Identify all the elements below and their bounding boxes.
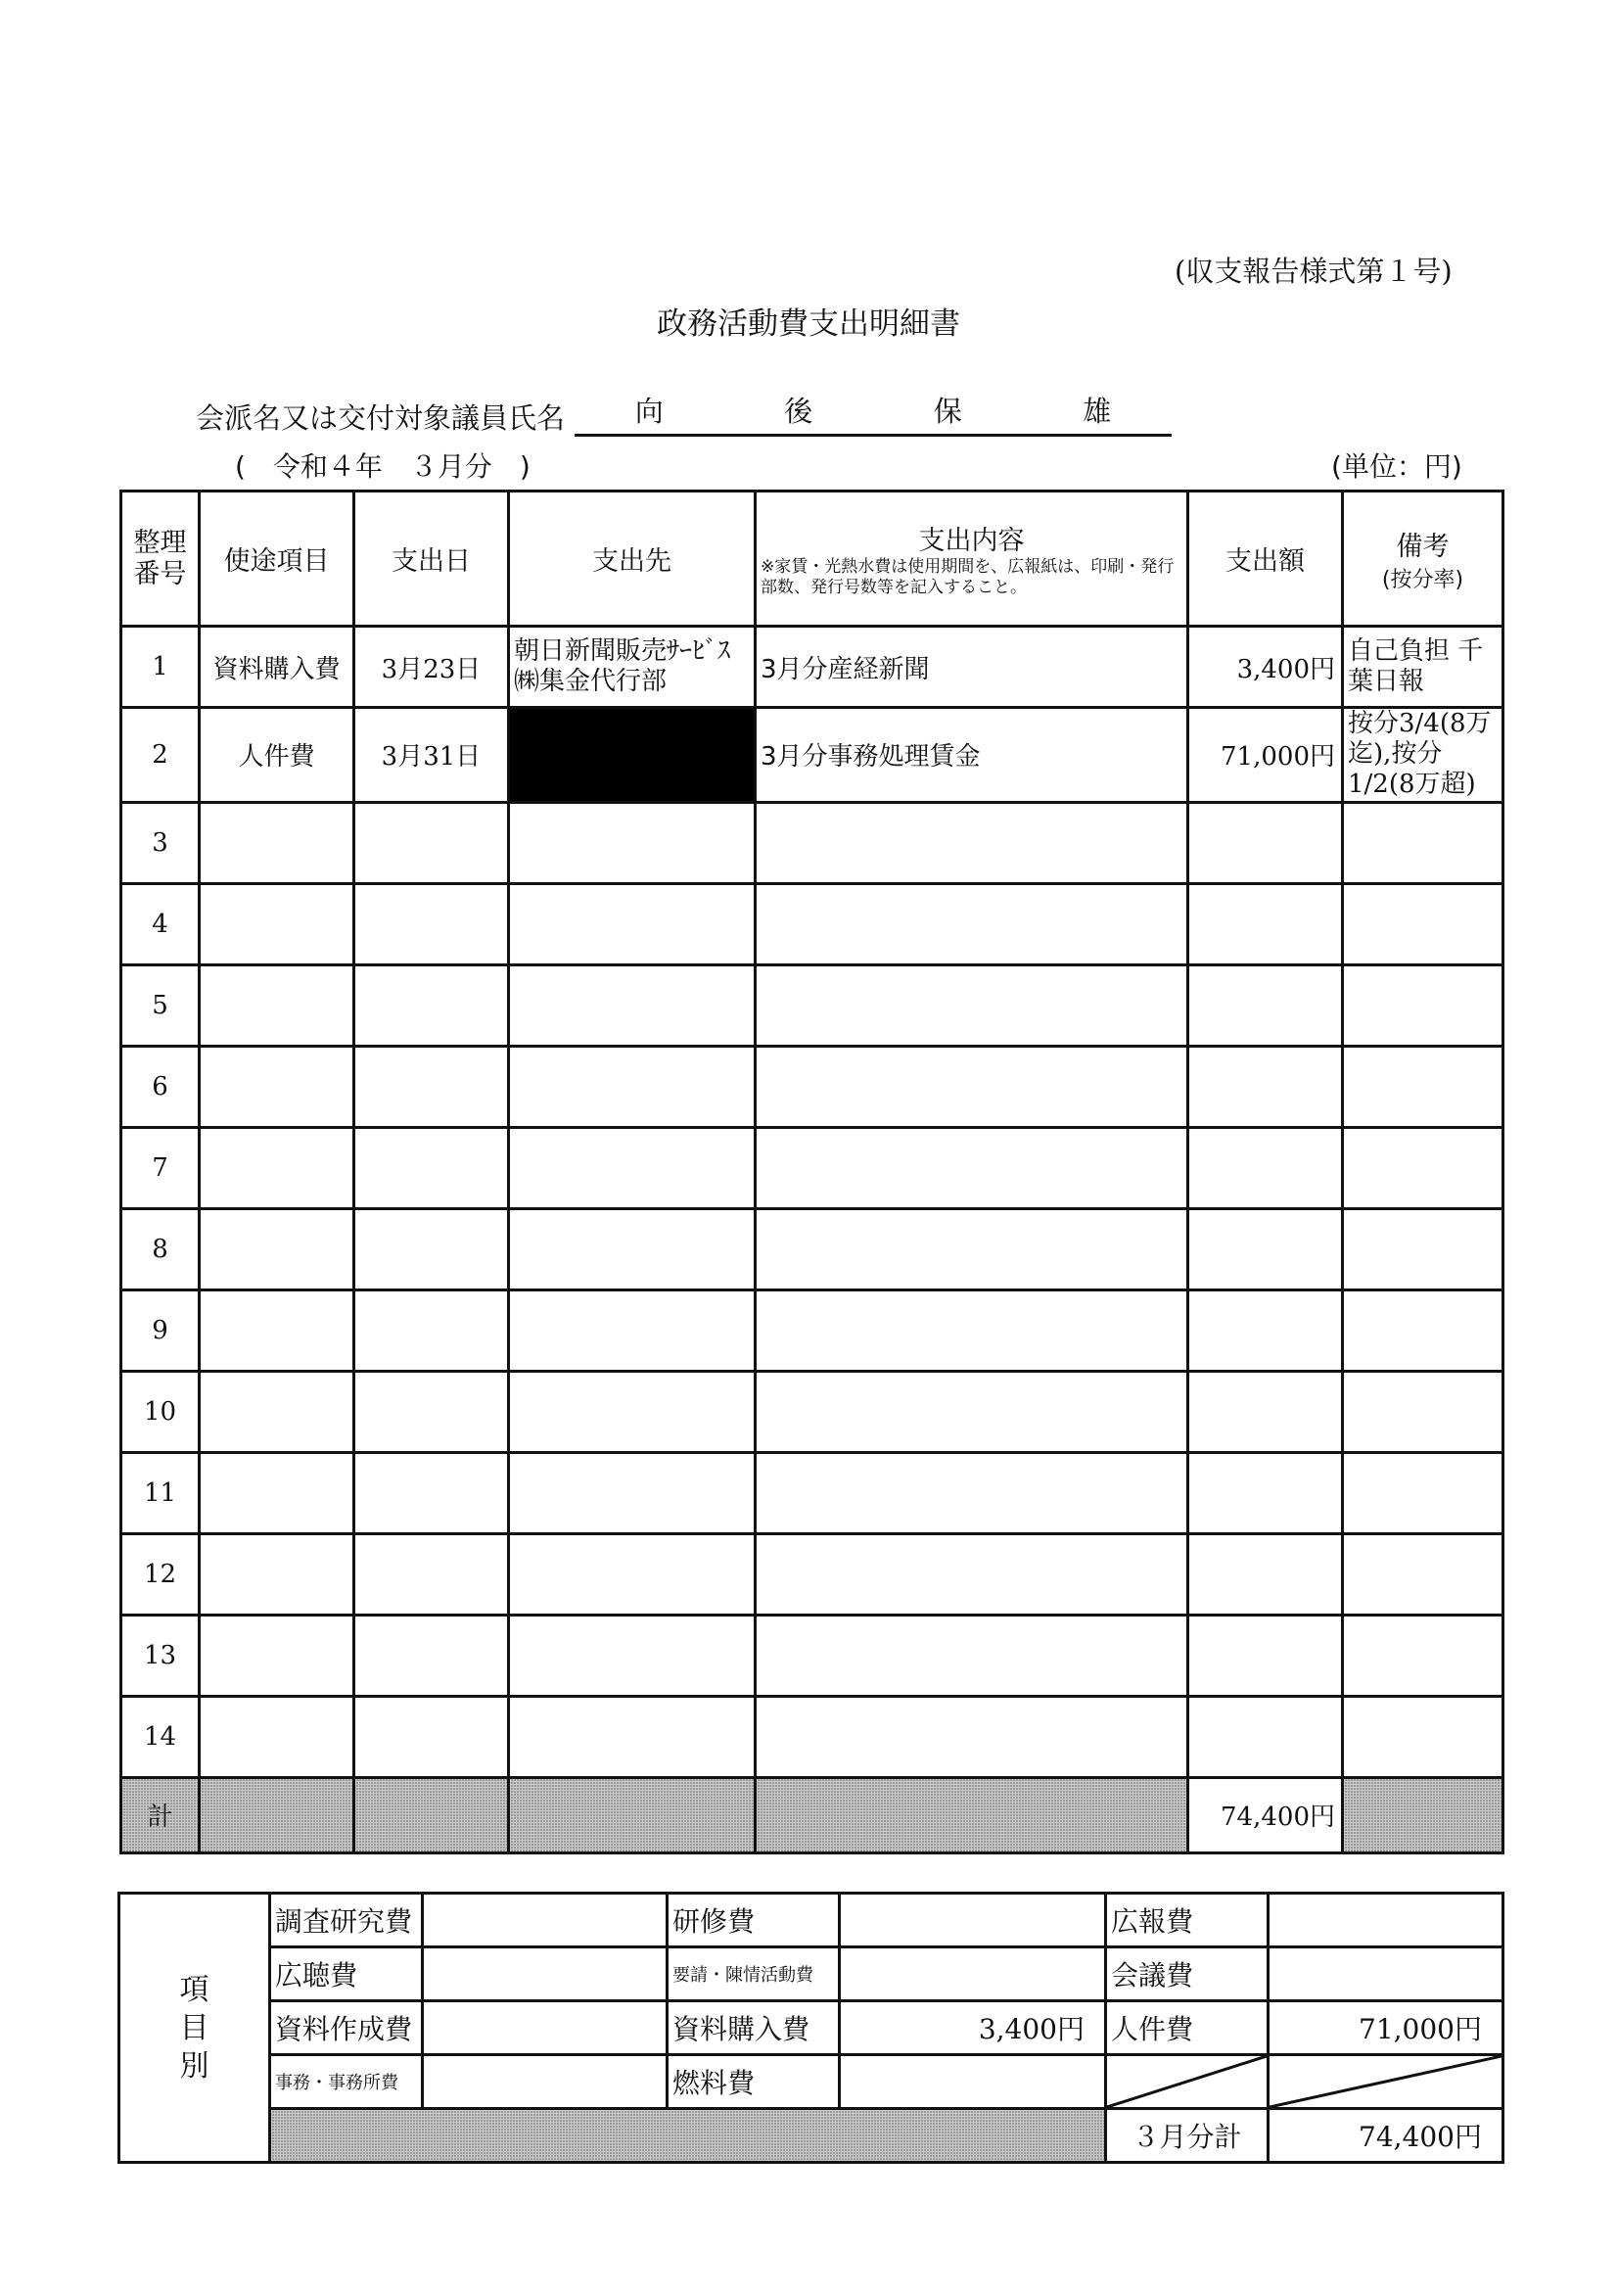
- table-row: 6: [121, 1046, 1503, 1127]
- row-number: 6: [121, 1046, 200, 1127]
- content-header-title: 支出内容: [757, 519, 1186, 557]
- summary-row: 広聴費要請・陳情活動費会議費: [119, 1947, 1503, 2001]
- expense-detail-table: 整理 番号 使途項目 支出日 支出先 支出内容 ※家賃・光熱水費は使用期間を、広…: [119, 490, 1504, 1854]
- row-category: 人件費: [200, 708, 354, 803]
- row-number: 14: [121, 1696, 200, 1777]
- remark-header-title: 備考: [1344, 525, 1501, 563]
- col-header-content: 支出内容 ※家賃・光熱水費は使用期間を、広報紙は、印刷・発行部数、発行号数等を記…: [756, 492, 1188, 627]
- row-content: [756, 802, 1188, 883]
- row-amount: [1188, 1208, 1343, 1289]
- table-row: 4: [121, 883, 1503, 964]
- row-date: 3月23日: [354, 627, 509, 708]
- row-remark: [1343, 1696, 1503, 1777]
- row-content: [756, 1615, 1188, 1696]
- shaded-cell: [509, 1777, 756, 1852]
- row-payee: [509, 1371, 756, 1452]
- row-date: [354, 1289, 509, 1371]
- summary-category-value: 3,400円: [840, 2001, 1106, 2055]
- shaded-cell: [354, 1777, 509, 1852]
- row-payee: [509, 1452, 756, 1533]
- summary-category-label: 調査研究費: [270, 1894, 423, 1947]
- row-payee: [509, 1696, 756, 1777]
- row-number: 9: [121, 1289, 200, 1371]
- summary-category-label: 要請・陳情活動費: [668, 1947, 840, 2001]
- name-char: 後: [784, 390, 812, 430]
- total-row: 計74,400円: [121, 1777, 1503, 1852]
- summary-row: 項目別調査研究費研修費広報費: [119, 1894, 1503, 1947]
- summary-category-value: [840, 2055, 1106, 2109]
- name-char: 保: [934, 390, 962, 430]
- row-date: [354, 802, 509, 883]
- payee-redacted-block: [509, 708, 756, 803]
- side-label-char: 目: [124, 2009, 264, 2047]
- row-payee: [509, 964, 756, 1046]
- table-row: 7: [121, 1127, 1503, 1208]
- name-char: 向: [635, 390, 664, 430]
- shaded-cell: [200, 1777, 354, 1852]
- summary-category-value: [1269, 1894, 1503, 1947]
- shaded-cell: [270, 2109, 1106, 2163]
- row-category: 資料購入費: [200, 627, 354, 708]
- row-content: [756, 1452, 1188, 1533]
- document-title: 政務活動費支出明細書: [0, 299, 1617, 343]
- row-number: 5: [121, 964, 200, 1046]
- row-remark: [1343, 802, 1503, 883]
- row-payee: [509, 1289, 756, 1371]
- row-content: [756, 1208, 1188, 1289]
- row-category: [200, 802, 354, 883]
- table-row: 12: [121, 1533, 1503, 1615]
- row-payee: [509, 1615, 756, 1696]
- summary-category-label: 燃料費: [668, 2055, 840, 2109]
- row-content: [756, 1127, 1188, 1208]
- summary-category-value: 71,000円: [1269, 2001, 1503, 2055]
- form-number: (収支報告様式第１号): [1175, 250, 1453, 290]
- month-total-value: 74,400円: [1269, 2109, 1503, 2163]
- row-date: [354, 1533, 509, 1615]
- summary-category-value: [423, 2001, 668, 2055]
- row-amount: [1188, 1046, 1343, 1127]
- row-remark: [1343, 964, 1503, 1046]
- row-amount: [1188, 1371, 1343, 1452]
- row-date: [354, 1696, 509, 1777]
- row-number: 13: [121, 1615, 200, 1696]
- row-content: 3月分事務処理賃金: [756, 708, 1188, 803]
- row-category: [200, 1289, 354, 1371]
- side-label-char: 別: [124, 2047, 264, 2085]
- row-date: [354, 1046, 509, 1127]
- total-label: 計: [121, 1777, 200, 1852]
- row-payee: 朝日新聞販売ｻｰﾋﾞｽ㈱集金代行部: [509, 627, 756, 708]
- table-row: 9: [121, 1289, 1503, 1371]
- row-content: [756, 1371, 1188, 1452]
- row-number: 4: [121, 883, 200, 964]
- table-row: 5: [121, 964, 1503, 1046]
- row-number: 7: [121, 1127, 200, 1208]
- row-number: 12: [121, 1533, 200, 1615]
- summary-category-label: 事務・事務所費: [270, 2055, 423, 2109]
- row-payee: [509, 802, 756, 883]
- row-remark: 按分3/4(8万迄),按分1/2(8万超): [1343, 708, 1503, 803]
- col-header-amount: 支出額: [1188, 492, 1343, 627]
- summary-total-row: ３月分計74,400円: [119, 2109, 1503, 2163]
- row-content: [756, 1533, 1188, 1615]
- row-content: 3月分産経新聞: [756, 627, 1188, 708]
- summary-category-label: 広報費: [1106, 1894, 1269, 1947]
- row-payee: [509, 883, 756, 964]
- row-number: 10: [121, 1371, 200, 1452]
- row-remark: 自己負担 千葉日報: [1343, 627, 1503, 708]
- row-remark: [1343, 1615, 1503, 1696]
- row-content: [756, 883, 1188, 964]
- row-content: [756, 964, 1188, 1046]
- table-header-row: 整理 番号 使途項目 支出日 支出先 支出内容 ※家賃・光熱水費は使用期間を、広…: [121, 492, 1503, 627]
- month-total-label: ３月分計: [1106, 2109, 1269, 2163]
- summary-category-value: [1269, 1947, 1503, 2001]
- summary-row: 事務・事務所費燃料費: [119, 2055, 1503, 2109]
- row-amount: [1188, 1615, 1343, 1696]
- row-number: 3: [121, 802, 200, 883]
- summary-category-value: [423, 1947, 668, 2001]
- row-amount: [1188, 1696, 1343, 1777]
- row-remark: [1343, 1289, 1503, 1371]
- col-header-category: 使途項目: [200, 492, 354, 627]
- row-remark: [1343, 1046, 1503, 1127]
- row-category: [200, 883, 354, 964]
- row-date: [354, 1127, 509, 1208]
- row-date: [354, 883, 509, 964]
- row-category: [200, 964, 354, 1046]
- row-category: [200, 1533, 354, 1615]
- row-payee: [509, 1533, 756, 1615]
- row-category: [200, 1127, 354, 1208]
- row-date: [354, 1371, 509, 1452]
- name-char: 雄: [1083, 390, 1111, 430]
- row-amount: [1188, 964, 1343, 1046]
- col-header-payee: 支出先: [509, 492, 756, 627]
- shaded-cell: [1343, 1777, 1503, 1852]
- table-row: 10: [121, 1371, 1503, 1452]
- row-date: [354, 1615, 509, 1696]
- row-content: [756, 1696, 1188, 1777]
- row-number: 8: [121, 1208, 200, 1289]
- row-amount: [1188, 1452, 1343, 1533]
- row-amount: 3,400円: [1188, 627, 1343, 708]
- row-category: [200, 1046, 354, 1127]
- col-header-no: 整理 番号: [121, 492, 200, 627]
- remark-header-sub: (按分率): [1344, 563, 1501, 593]
- table-row: 11: [121, 1452, 1503, 1533]
- col-header-date: 支出日: [354, 492, 509, 627]
- summary-category-value: [423, 1894, 668, 1947]
- row-amount: [1188, 1127, 1343, 1208]
- row-category: [200, 1615, 354, 1696]
- summary-category-value: [423, 2055, 668, 2109]
- table-row: 3: [121, 802, 1503, 883]
- row-remark: [1343, 883, 1503, 964]
- row-date: 3月31日: [354, 708, 509, 803]
- col-header-remark: 備考 (按分率): [1343, 492, 1503, 627]
- row-content: [756, 1289, 1188, 1371]
- row-number: 1: [121, 627, 200, 708]
- row-content: [756, 1046, 1188, 1127]
- shaded-cell: [756, 1777, 1188, 1852]
- row-remark: [1343, 1452, 1503, 1533]
- row-category: [200, 1208, 354, 1289]
- summary-category-label: 人件費: [1106, 2001, 1269, 2055]
- row-date: [354, 964, 509, 1046]
- currency-unit: (単位：円): [1331, 445, 1462, 485]
- member-name-row: 会派名又は交付対象議員氏名 向 後 保 雄: [196, 390, 1172, 437]
- row-date: [354, 1208, 509, 1289]
- diagonal-blank-cell: [1269, 2055, 1503, 2109]
- summary-category-label: 研修費: [668, 1894, 840, 1947]
- summary-category-value: [840, 1947, 1106, 2001]
- row-remark: [1343, 1371, 1503, 1452]
- row-number: 11: [121, 1452, 200, 1533]
- row-payee: [509, 1127, 756, 1208]
- total-amount: 74,400円: [1188, 1777, 1343, 1852]
- summary-row: 資料作成費資料購入費3,400円人件費71,000円: [119, 2001, 1503, 2055]
- row-amount: [1188, 883, 1343, 964]
- diagonal-blank-cell: [1106, 2055, 1269, 2109]
- summary-category-label: 広聴費: [270, 1947, 423, 2001]
- row-remark: [1343, 1127, 1503, 1208]
- row-date: [354, 1452, 509, 1533]
- row-category: [200, 1696, 354, 1777]
- summary-category-label: 資料作成費: [270, 2001, 423, 2055]
- row-category: [200, 1371, 354, 1452]
- row-number: 2: [121, 708, 200, 803]
- category-summary-table: 項目別調査研究費研修費広報費広聴費要請・陳情活動費会議費資料作成費資料購入費3,…: [117, 1892, 1504, 2164]
- row-amount: [1188, 802, 1343, 883]
- summary-category-label: 資料購入費: [668, 2001, 840, 2055]
- table-row: 1資料購入費3月23日朝日新聞販売ｻｰﾋﾞｽ㈱集金代行部3月分産経新聞3,400…: [121, 627, 1503, 708]
- row-category: [200, 1452, 354, 1533]
- side-label-char: 項: [124, 1971, 264, 2009]
- row-remark: [1343, 1208, 1503, 1289]
- row-amount: [1188, 1289, 1343, 1371]
- table-row: 8: [121, 1208, 1503, 1289]
- row-payee: [509, 1046, 756, 1127]
- row-payee: [509, 1208, 756, 1289]
- summary-category-label: 会議費: [1106, 1947, 1269, 2001]
- summary-side-label: 項目別: [119, 1894, 270, 2163]
- row-remark: [1343, 1533, 1503, 1615]
- summary-category-value: [840, 1894, 1106, 1947]
- member-name-label: 会派名又は交付対象議員氏名: [196, 397, 565, 437]
- table-row: 13: [121, 1615, 1503, 1696]
- row-amount: [1188, 1533, 1343, 1615]
- report-period: ( 令和４年 ３月分 ): [235, 445, 531, 485]
- table-row: 2人件費3月31日3月分事務処理賃金71,000円按分3/4(8万迄),按分1/…: [121, 708, 1503, 803]
- table-row: 14: [121, 1696, 1503, 1777]
- row-amount: 71,000円: [1188, 708, 1343, 803]
- content-header-note: ※家賃・光熱水費は使用期間を、広報紙は、印刷・発行部数、発行号数等を記入すること…: [757, 557, 1186, 599]
- member-name-value: 向 後 保 雄: [575, 390, 1172, 437]
